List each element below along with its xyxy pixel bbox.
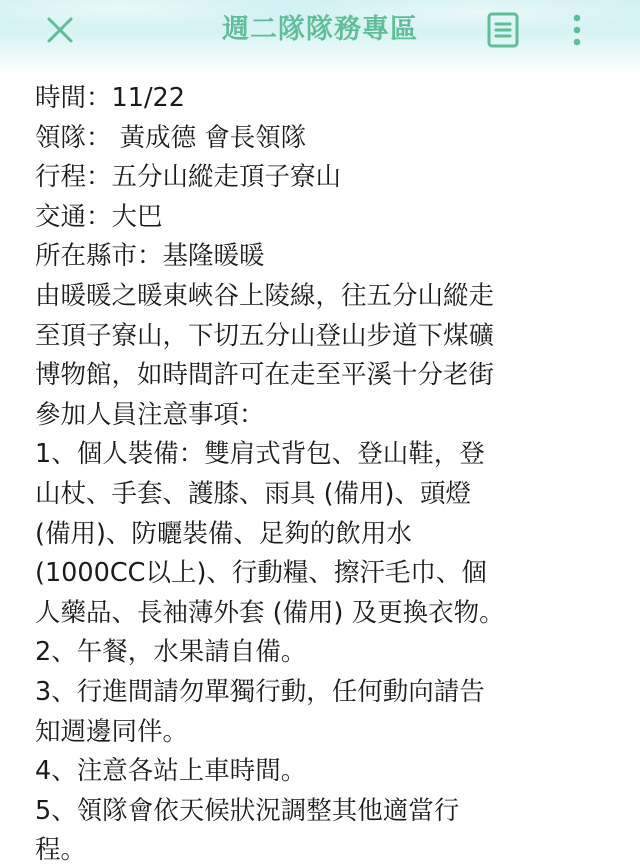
note-item-1: 1、個人裝備：雙肩式背包、登山鞋，登 山杖、手套、護膝、雨具 (備用)、頭燈 (… [35,435,595,633]
note-item-5: 5、領隊會依天候狀況調整其他適當行 程。 [35,792,595,867]
info-label: 交通： [35,202,112,232]
more-options-button[interactable] [562,10,592,50]
more-vertical-icon [572,13,582,47]
info-value: 11/22 [112,83,186,113]
note-item-4: 4、注意各站上車時間。 [35,752,595,792]
description-line: 至頂子寮山，下切五分山登山步道下煤礦 [35,317,595,357]
top-bar: 週二隊隊務專區 [0,0,640,72]
route-description: 由暖暖之暖東峽谷上陵線，往五分山縱走 至頂子寮山，下切五分山登山步道下煤礦 博物… [35,277,595,396]
note-item-3: 3、行進間請勿單獨行動，任何動向請告 知週邊同伴。 [35,673,595,752]
note-line: 4、注意各站上車時間。 [35,752,595,792]
note-line: (備用)、防曬裝備、足夠的飲用水 [35,515,595,555]
note-line: 2、午餐，水果請自備。 [35,633,595,673]
note-line: 人藥品、長袖薄外套 (備用) 及更換衣物。 [35,594,595,634]
close-button[interactable] [40,10,80,50]
notes-button[interactable] [485,10,521,50]
description-line: 由暖暖之暖東峽谷上陵線，往五分山縱走 [35,277,595,317]
note-line: (1000CC以上)、行動糧、擦汗毛巾、個 [35,554,595,594]
info-leader: 領隊： 黃成德 會長領隊 [35,119,595,159]
note-line: 1、個人裝備：雙肩式背包、登山鞋，登 [35,435,595,475]
note-line: 山杖、手套、護膝、雨具 (備用)、頭燈 [35,475,595,515]
post-body: 時間：11/22 領隊： 黃成德 會長領隊 行程：五分山縱走頂子寮山 交通：大巴… [35,79,595,867]
info-time: 時間：11/22 [35,79,595,119]
notes-icon [487,12,519,48]
note-item-2: 2、午餐，水果請自備。 [35,633,595,673]
info-label: 所在縣市： [35,241,163,271]
note-line: 程。 [35,831,595,867]
page-title: 週二隊隊務專區 [0,10,640,50]
note-line: 5、領隊會依天候狀況調整其他適當行 [35,792,595,832]
notes-heading: 參加人員注意事項： [35,396,595,436]
info-value: 大巴 [112,202,163,232]
description-line: 博物館，如時間許可在走至平溪十分老街 [35,356,595,396]
info-value: 黃成德 會長領隊 [112,123,307,153]
info-route: 行程：五分山縱走頂子寮山 [35,158,595,198]
info-value: 基隆暖暖 [163,241,265,271]
info-location: 所在縣市：基隆暖暖 [35,237,595,277]
note-line: 知週邊同伴。 [35,713,595,753]
info-label: 領隊： [35,123,112,153]
info-transport: 交通：大巴 [35,198,595,238]
close-icon [46,16,74,44]
info-label: 時間： [35,83,112,113]
info-label: 行程： [35,162,112,192]
info-value: 五分山縱走頂子寮山 [112,162,342,192]
note-line: 3、行進間請勿單獨行動，任何動向請告 [35,673,595,713]
